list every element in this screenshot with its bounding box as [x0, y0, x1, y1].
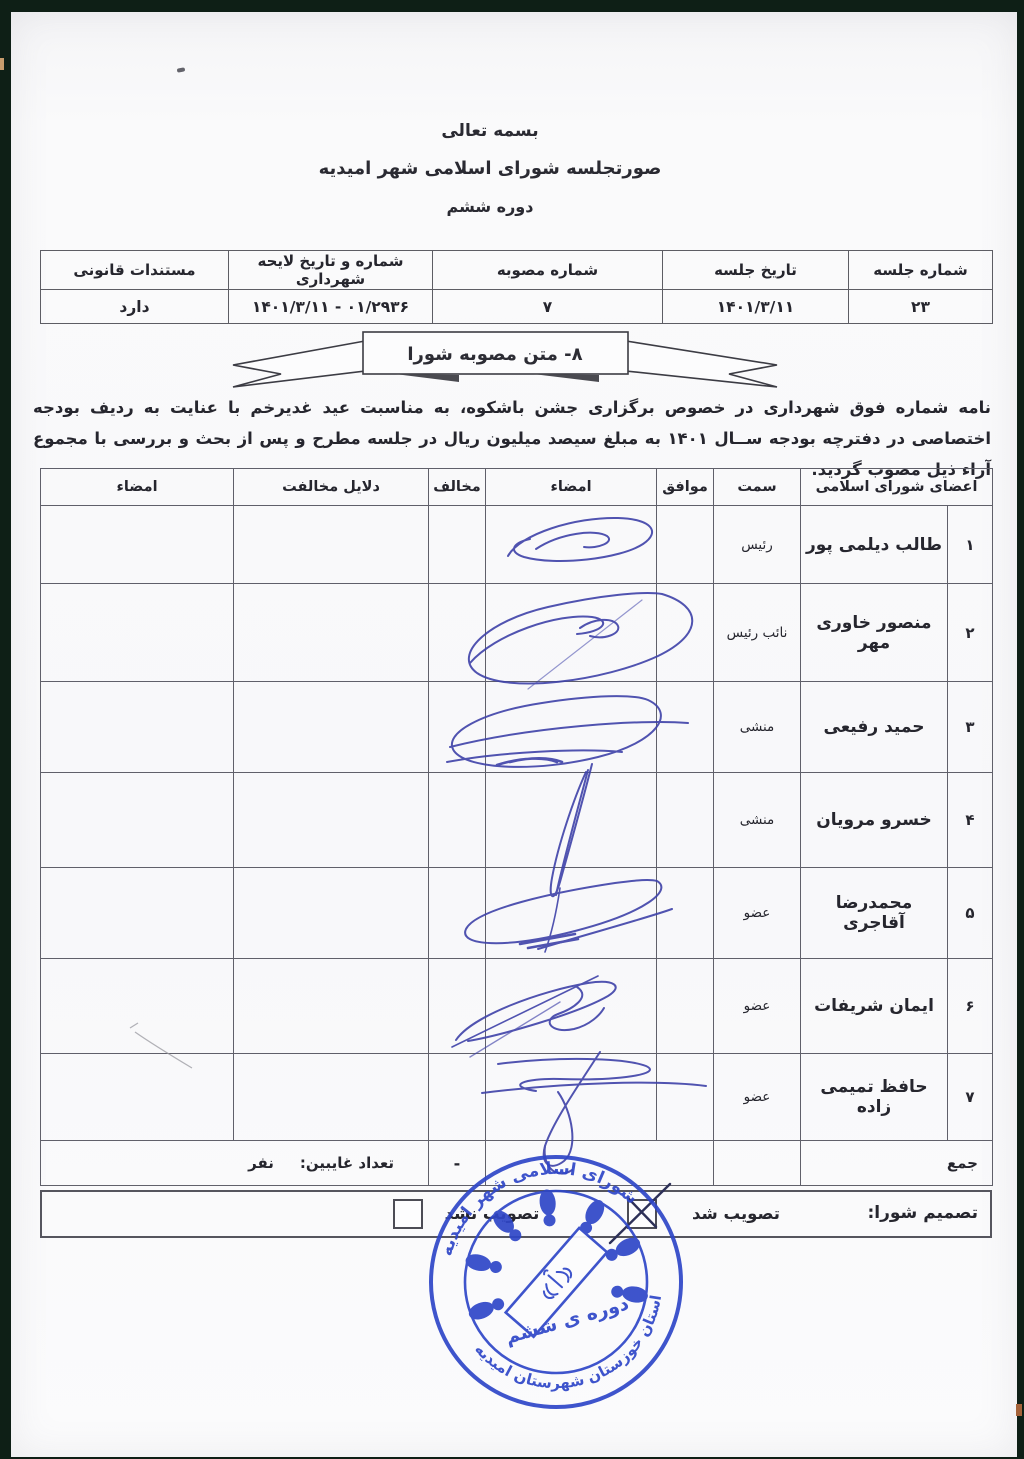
signature2-cell	[41, 1054, 234, 1141]
signature-cell	[486, 682, 657, 773]
oppose-cell	[429, 773, 486, 868]
ribbon-fold-right	[533, 374, 599, 382]
member-position: عضو	[714, 959, 801, 1054]
oppose-cell	[429, 868, 486, 959]
member-row: ۵ محمدرضا آقاجری عضو	[41, 868, 993, 959]
row-number: ۴	[948, 773, 993, 868]
absentees-cell: تعداد غایبین:نفر	[41, 1141, 429, 1186]
agree-cell	[657, 959, 714, 1054]
oppose-cell	[429, 584, 486, 682]
row-number: ۷	[948, 1054, 993, 1141]
bismillah-text: بسمه تعالی	[0, 121, 980, 141]
oppose-cell	[429, 1054, 486, 1141]
row-number: ۵	[948, 868, 993, 959]
member-name: حافظ تمیمی زاده	[801, 1054, 948, 1141]
signature-cell	[486, 506, 657, 584]
row-number: ۶	[948, 959, 993, 1054]
section-banner: ۸- متن مصوبه شورا	[225, 328, 785, 392]
col-position: سمت	[714, 469, 801, 506]
col-bill-number-date: شماره و تاریخ لایحه شهرداری	[229, 251, 433, 290]
ribbon-right-tail	[626, 341, 777, 387]
ribbon-fold-left	[395, 374, 459, 382]
agree-cell	[657, 682, 714, 773]
member-position: عضو	[714, 868, 801, 959]
member-position: منشی	[714, 773, 801, 868]
col-agree: موافق	[657, 469, 714, 506]
signature2-cell	[41, 584, 234, 682]
oppose-reason-cell	[234, 868, 429, 959]
absentees-label: تعداد غایبین:	[300, 1154, 394, 1172]
page-title: صورتجلسه شورای اسلامی شهر امیدیه	[0, 158, 980, 179]
member-position: منشی	[714, 682, 801, 773]
agree-cell	[657, 1054, 714, 1141]
signature-cell	[486, 868, 657, 959]
agree-cell	[657, 773, 714, 868]
total-position-cell	[714, 1141, 801, 1186]
signature-cell	[486, 584, 657, 682]
signature2-cell	[41, 868, 234, 959]
col-resolution-number: شماره مصوبه	[433, 251, 663, 290]
col-legal-docs: مستندات قانونی	[41, 251, 229, 290]
term-subtitle: دوره ششم	[0, 197, 980, 216]
member-name: طالب دیلمی پور	[801, 506, 948, 584]
banner-label: ۸- متن مصوبه شورا	[407, 344, 582, 365]
signature-cell	[486, 773, 657, 868]
agree-cell	[657, 584, 714, 682]
total-label: جمع	[801, 1141, 993, 1186]
oppose-reason-cell	[234, 959, 429, 1054]
signature2-cell	[41, 773, 234, 868]
oppose-cell	[429, 682, 486, 773]
signature2-cell	[41, 682, 234, 773]
row-number: ۳	[948, 682, 993, 773]
legal-docs-value: دارد	[41, 290, 229, 324]
member-position: رئیس	[714, 506, 801, 584]
col-oppose-reasons: دلایل مخالفت	[234, 469, 429, 506]
oppose-reason-cell	[234, 682, 429, 773]
agree-cell	[657, 868, 714, 959]
absentees-unit: نفر	[248, 1154, 274, 1172]
member-name: حمید رفیعی	[801, 682, 948, 773]
scanned-document: بسمه تعالی صورتجلسه شورای اسلامی شهر امی…	[0, 0, 1024, 1459]
member-row: ۶ ایمان شریفات عضو	[41, 959, 993, 1054]
bill-number-date-value: ۰۱/۲۹۳۶ - ۱۴۰۱/۳/۱۱	[229, 290, 433, 324]
col-session-date: تاریخ جلسه	[663, 251, 849, 290]
member-name: ایمان شریفات	[801, 959, 948, 1054]
member-row: ۲ منصور خاوری مهر نائب رئیس	[41, 584, 993, 682]
member-row: ۳ حمید رفیعی منشی	[41, 682, 993, 773]
col-oppose: مخالف	[429, 469, 486, 506]
oppose-cell	[429, 506, 486, 584]
resolution-number-value: ۷	[433, 290, 663, 324]
member-row: ۴ خسرو مرویان منشی	[41, 773, 993, 868]
decision-label: تصمیم شورا:	[867, 1203, 978, 1223]
session-number-value: ۲۳	[849, 290, 993, 324]
oppose-cell	[429, 959, 486, 1054]
signature-cell	[486, 959, 657, 1054]
scan-edge-speck	[0, 58, 4, 70]
session-date-value: ۱۴۰۱/۳/۱۱	[663, 290, 849, 324]
members-table: اعضای شورای اسلامی سمت موافق امضاء مخالف…	[40, 468, 993, 1186]
info-header-row: شماره جلسه تاریخ جلسه شماره مصوبه شماره …	[41, 251, 993, 290]
col-members: اعضای شورای اسلامی	[801, 469, 993, 506]
signature2-cell	[41, 506, 234, 584]
member-position: عضو	[714, 1054, 801, 1141]
row-number: ۱	[948, 506, 993, 584]
col-signature-2: امضاء	[41, 469, 234, 506]
members-header-row: اعضای شورای اسلامی سمت موافق امضاء مخالف…	[41, 469, 993, 506]
oppose-reason-cell	[234, 584, 429, 682]
member-row: ۱ طالب دیلمی پور رئیس	[41, 506, 993, 584]
session-info-table: شماره جلسه تاریخ جلسه شماره مصوبه شماره …	[40, 250, 993, 324]
member-row: ۷ حافظ تمیمی زاده عضو	[41, 1054, 993, 1141]
oppose-reason-cell	[234, 506, 429, 584]
ribbon-left-tail	[233, 341, 365, 387]
member-position: نائب رئیس	[714, 584, 801, 682]
info-value-row: ۲۳ ۱۴۰۱/۳/۱۱ ۷ ۰۱/۲۹۳۶ - ۱۴۰۱/۳/۱۱ دارد	[41, 290, 993, 324]
col-signature: امضاء	[486, 469, 657, 506]
signature2-cell	[41, 959, 234, 1054]
member-name: محمدرضا آقاجری	[801, 868, 948, 959]
col-session-number: شماره جلسه	[849, 251, 993, 290]
member-name: خسرو مرویان	[801, 773, 948, 868]
approved-label: تصویب شد	[686, 1204, 786, 1223]
scan-edge-speck	[1016, 1404, 1022, 1416]
oppose-reason-cell	[234, 773, 429, 868]
row-number: ۲	[948, 584, 993, 682]
member-name: منصور خاوری مهر	[801, 584, 948, 682]
oppose-reason-cell	[234, 1054, 429, 1141]
agree-cell	[657, 506, 714, 584]
